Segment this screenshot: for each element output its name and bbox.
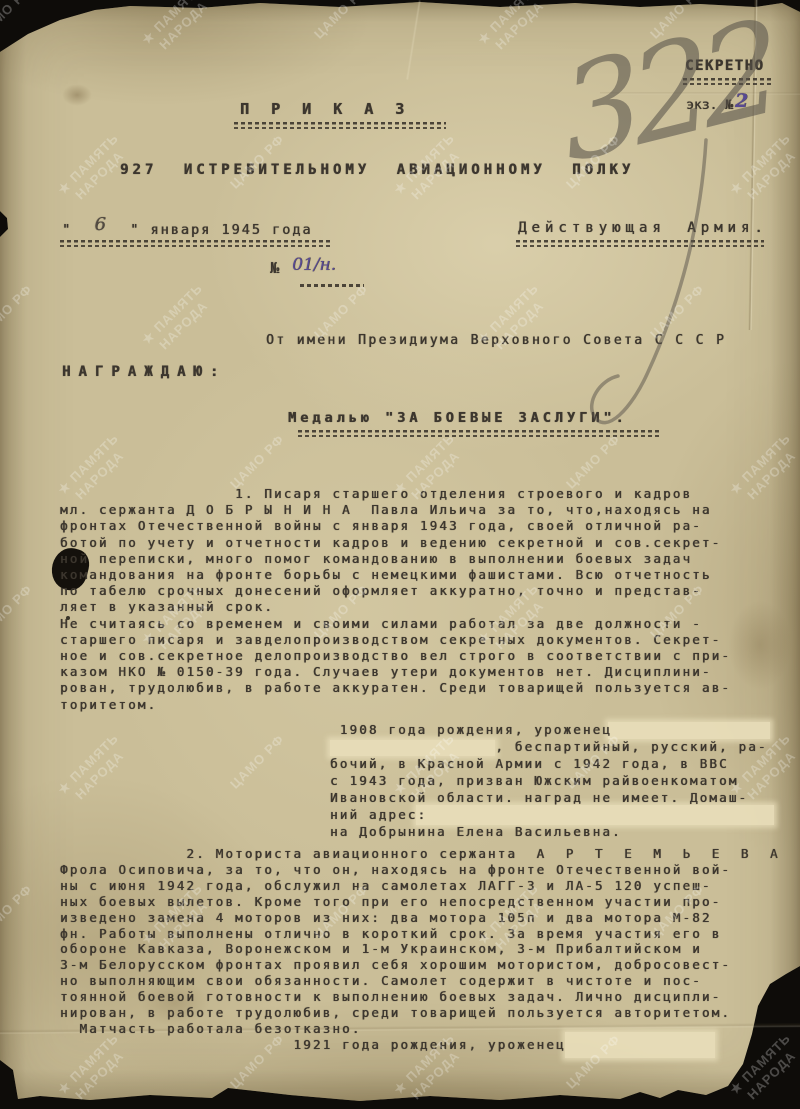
preamble: От имени Президиума Верховного Совета С … bbox=[266, 333, 726, 348]
scanned-order-page: СЕКРЕТНО экз. №2 322 ПРИКАЗ 927 ИСТРЕБИТ… bbox=[0, 0, 800, 1109]
citation-1: 1. Писаря старшего отделения строевого и… bbox=[60, 486, 731, 713]
date-close-quote: " bbox=[130, 222, 140, 238]
order-number-underline bbox=[300, 284, 364, 287]
title-underline bbox=[234, 122, 446, 129]
order-number-value: 01/н. bbox=[292, 255, 336, 275]
location-underline bbox=[516, 240, 764, 247]
date-open-quote: " bbox=[62, 222, 72, 238]
order-location: Действующая Армия. bbox=[518, 220, 768, 236]
awardee-1-bio: 1908 года рождения, уроженец , беспартий… bbox=[330, 721, 768, 840]
order-title: ПРИКАЗ bbox=[240, 100, 426, 118]
medal-name: Медалью "ЗА БОЕВЫЕ ЗАСЛУГИ". bbox=[288, 410, 628, 426]
order-number: № 01/н. bbox=[270, 258, 332, 278]
citation-2: 2. Моториста авиационного сержанта А Р Т… bbox=[60, 846, 780, 1053]
date-underline bbox=[60, 240, 332, 247]
date-day-handwritten: 6 bbox=[72, 214, 130, 235]
order-date: "6" января 1945 года bbox=[62, 218, 312, 239]
date-rest: января 1945 года bbox=[150, 222, 312, 238]
award-verb: НАГРАЖДАЮ: bbox=[62, 364, 226, 380]
order-recipient: 927 ИСТРЕБИТЕЛЬНОМУ АВИАЦИОННОМУ ПОЛКУ bbox=[120, 162, 634, 178]
medal-underline bbox=[298, 430, 660, 437]
order-number-label: № bbox=[270, 259, 279, 277]
